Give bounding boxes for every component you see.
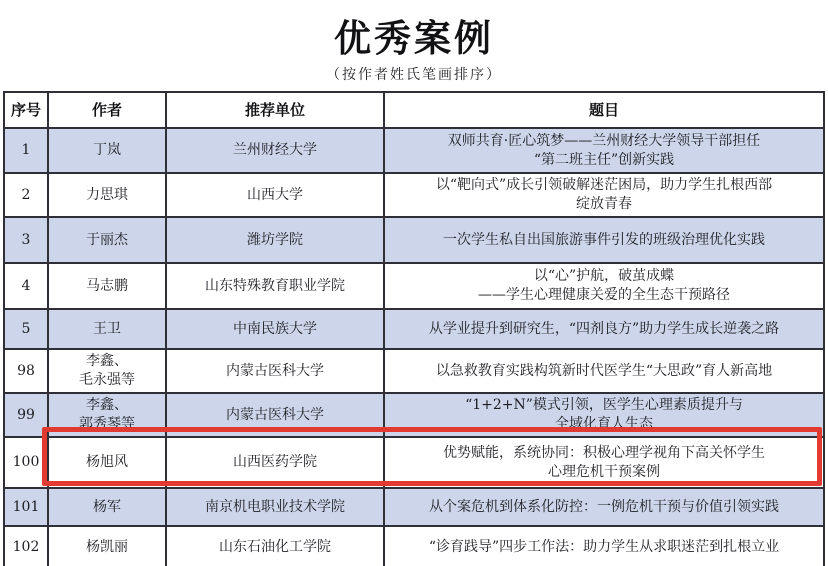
cell-author: 杨军 <box>48 488 166 526</box>
table-row: 2 力思琪 山西大学 以“靶向式”成长引领破解迷茫困局，助力学生扎根西部 绽放青… <box>4 173 824 217</box>
cell-no: 102 <box>4 526 48 566</box>
cell-unit: 潍坊学院 <box>166 217 384 263</box>
cell-author: 李鑫、 毛永强等 <box>48 349 166 393</box>
cell-title: “1+2+N”模式引领，医学生心理素质提升与 全域化育人生态 <box>384 393 824 437</box>
cell-author: 李鑫、 郭秀琴等 <box>48 393 166 437</box>
cell-title: 一次学生私自出国旅游事件引发的班级治理优化实践 <box>384 217 824 263</box>
cell-author: 马志鹏 <box>48 263 166 309</box>
cell-unit: 内蒙古医科大学 <box>166 349 384 393</box>
cell-unit: 内蒙古医科大学 <box>166 393 384 437</box>
cell-no: 101 <box>4 488 48 526</box>
cell-title: “诊育践导”四步工作法：助力学生从求职迷茫到扎根立业 <box>384 526 824 566</box>
cell-author: 王卫 <box>48 309 166 349</box>
cell-no: 100 <box>4 437 48 488</box>
cell-author: 杨凯丽 <box>48 526 166 566</box>
cell-no: 5 <box>4 309 48 349</box>
cell-author: 丁岚 <box>48 128 166 173</box>
cell-unit: 南京机电职业技术学院 <box>166 488 384 526</box>
cell-unit: 山东特殊教育职业学院 <box>166 263 384 309</box>
table-row: 3 于丽杰 潍坊学院 一次学生私自出国旅游事件引发的班级治理优化实践 <box>4 217 824 263</box>
cell-title: 双师共育·匠心筑梦——兰州财经大学领导干部担任 “第二班主任”创新实践 <box>384 128 824 173</box>
column-header-no: 序号 <box>4 92 48 128</box>
table-row: 1 丁岚 兰州财经大学 双师共育·匠心筑梦——兰州财经大学领导干部担任 “第二班… <box>4 128 824 173</box>
cell-title: 以“心”护航，破茧成蝶 ——学生心理健康关爱的全生态干预路径 <box>384 263 824 309</box>
column-header-unit: 推荐单位 <box>166 92 384 128</box>
cases-table: 序号 作者 推荐单位 题目 1 丁岚 兰州财经大学 双师共育·匠心筑梦——兰州财… <box>3 91 825 566</box>
cell-no: 3 <box>4 217 48 263</box>
cell-no: 98 <box>4 349 48 393</box>
cell-title: 以急救教育实践构筑新时代医学生“大思政”育人新高地 <box>384 349 824 393</box>
page-title: 优秀案例 <box>0 0 828 62</box>
cell-author: 力思琪 <box>48 173 166 217</box>
column-header-title: 题目 <box>384 92 824 128</box>
cell-unit: 山西医药学院 <box>166 437 384 488</box>
column-header-author: 作者 <box>48 92 166 128</box>
table-row: 102 杨凯丽 山东石油化工学院 “诊育践导”四步工作法：助力学生从求职迷茫到扎… <box>4 526 824 566</box>
cell-author: 于丽杰 <box>48 217 166 263</box>
page-subtitle: （按作者姓氏笔画排序） <box>0 64 828 84</box>
table-row: 99 李鑫、 郭秀琴等 内蒙古医科大学 “1+2+N”模式引领，医学生心理素质提… <box>4 393 824 437</box>
cell-title: 从学业提升到研究生，“四剂良方”助力学生成长逆袭之路 <box>384 309 824 349</box>
cell-unit: 兰州财经大学 <box>166 128 384 173</box>
table-row: 101 杨军 南京机电职业技术学院 从个案危机到体系化防控：一例危机干预与价值引… <box>4 488 824 526</box>
cell-no: 99 <box>4 393 48 437</box>
cell-author: 杨旭风 <box>48 437 166 488</box>
cell-unit: 山东石油化工学院 <box>166 526 384 566</box>
cell-unit: 山西大学 <box>166 173 384 217</box>
cell-unit: 中南民族大学 <box>166 309 384 349</box>
table-row: 5 王卫 中南民族大学 从学业提升到研究生，“四剂良方”助力学生成长逆袭之路 <box>4 309 824 349</box>
cell-title: 优势赋能，系统协同：积极心理学视角下高关怀学生 心理危机干预案例 <box>384 437 824 488</box>
cell-title: 以“靶向式”成长引领破解迷茫困局，助力学生扎根西部 绽放青春 <box>384 173 824 217</box>
document-page: 优秀案例 （按作者姓氏笔画排序） 序号 作者 推荐单位 题目 1 丁岚 兰州财经… <box>0 0 828 566</box>
cell-title: 从个案危机到体系化防控：一例危机干预与价值引领实践 <box>384 488 824 526</box>
table-row-highlighted: 100 杨旭风 山西医药学院 优势赋能，系统协同：积极心理学视角下高关怀学生 心… <box>4 437 824 488</box>
cell-no: 2 <box>4 173 48 217</box>
table-row: 98 李鑫、 毛永强等 内蒙古医科大学 以急救教育实践构筑新时代医学生“大思政”… <box>4 349 824 393</box>
table-row: 4 马志鹏 山东特殊教育职业学院 以“心”护航，破茧成蝶 ——学生心理健康关爱的… <box>4 263 824 309</box>
table-header-row: 序号 作者 推荐单位 题目 <box>4 92 824 128</box>
cell-no: 4 <box>4 263 48 309</box>
cell-no: 1 <box>4 128 48 173</box>
